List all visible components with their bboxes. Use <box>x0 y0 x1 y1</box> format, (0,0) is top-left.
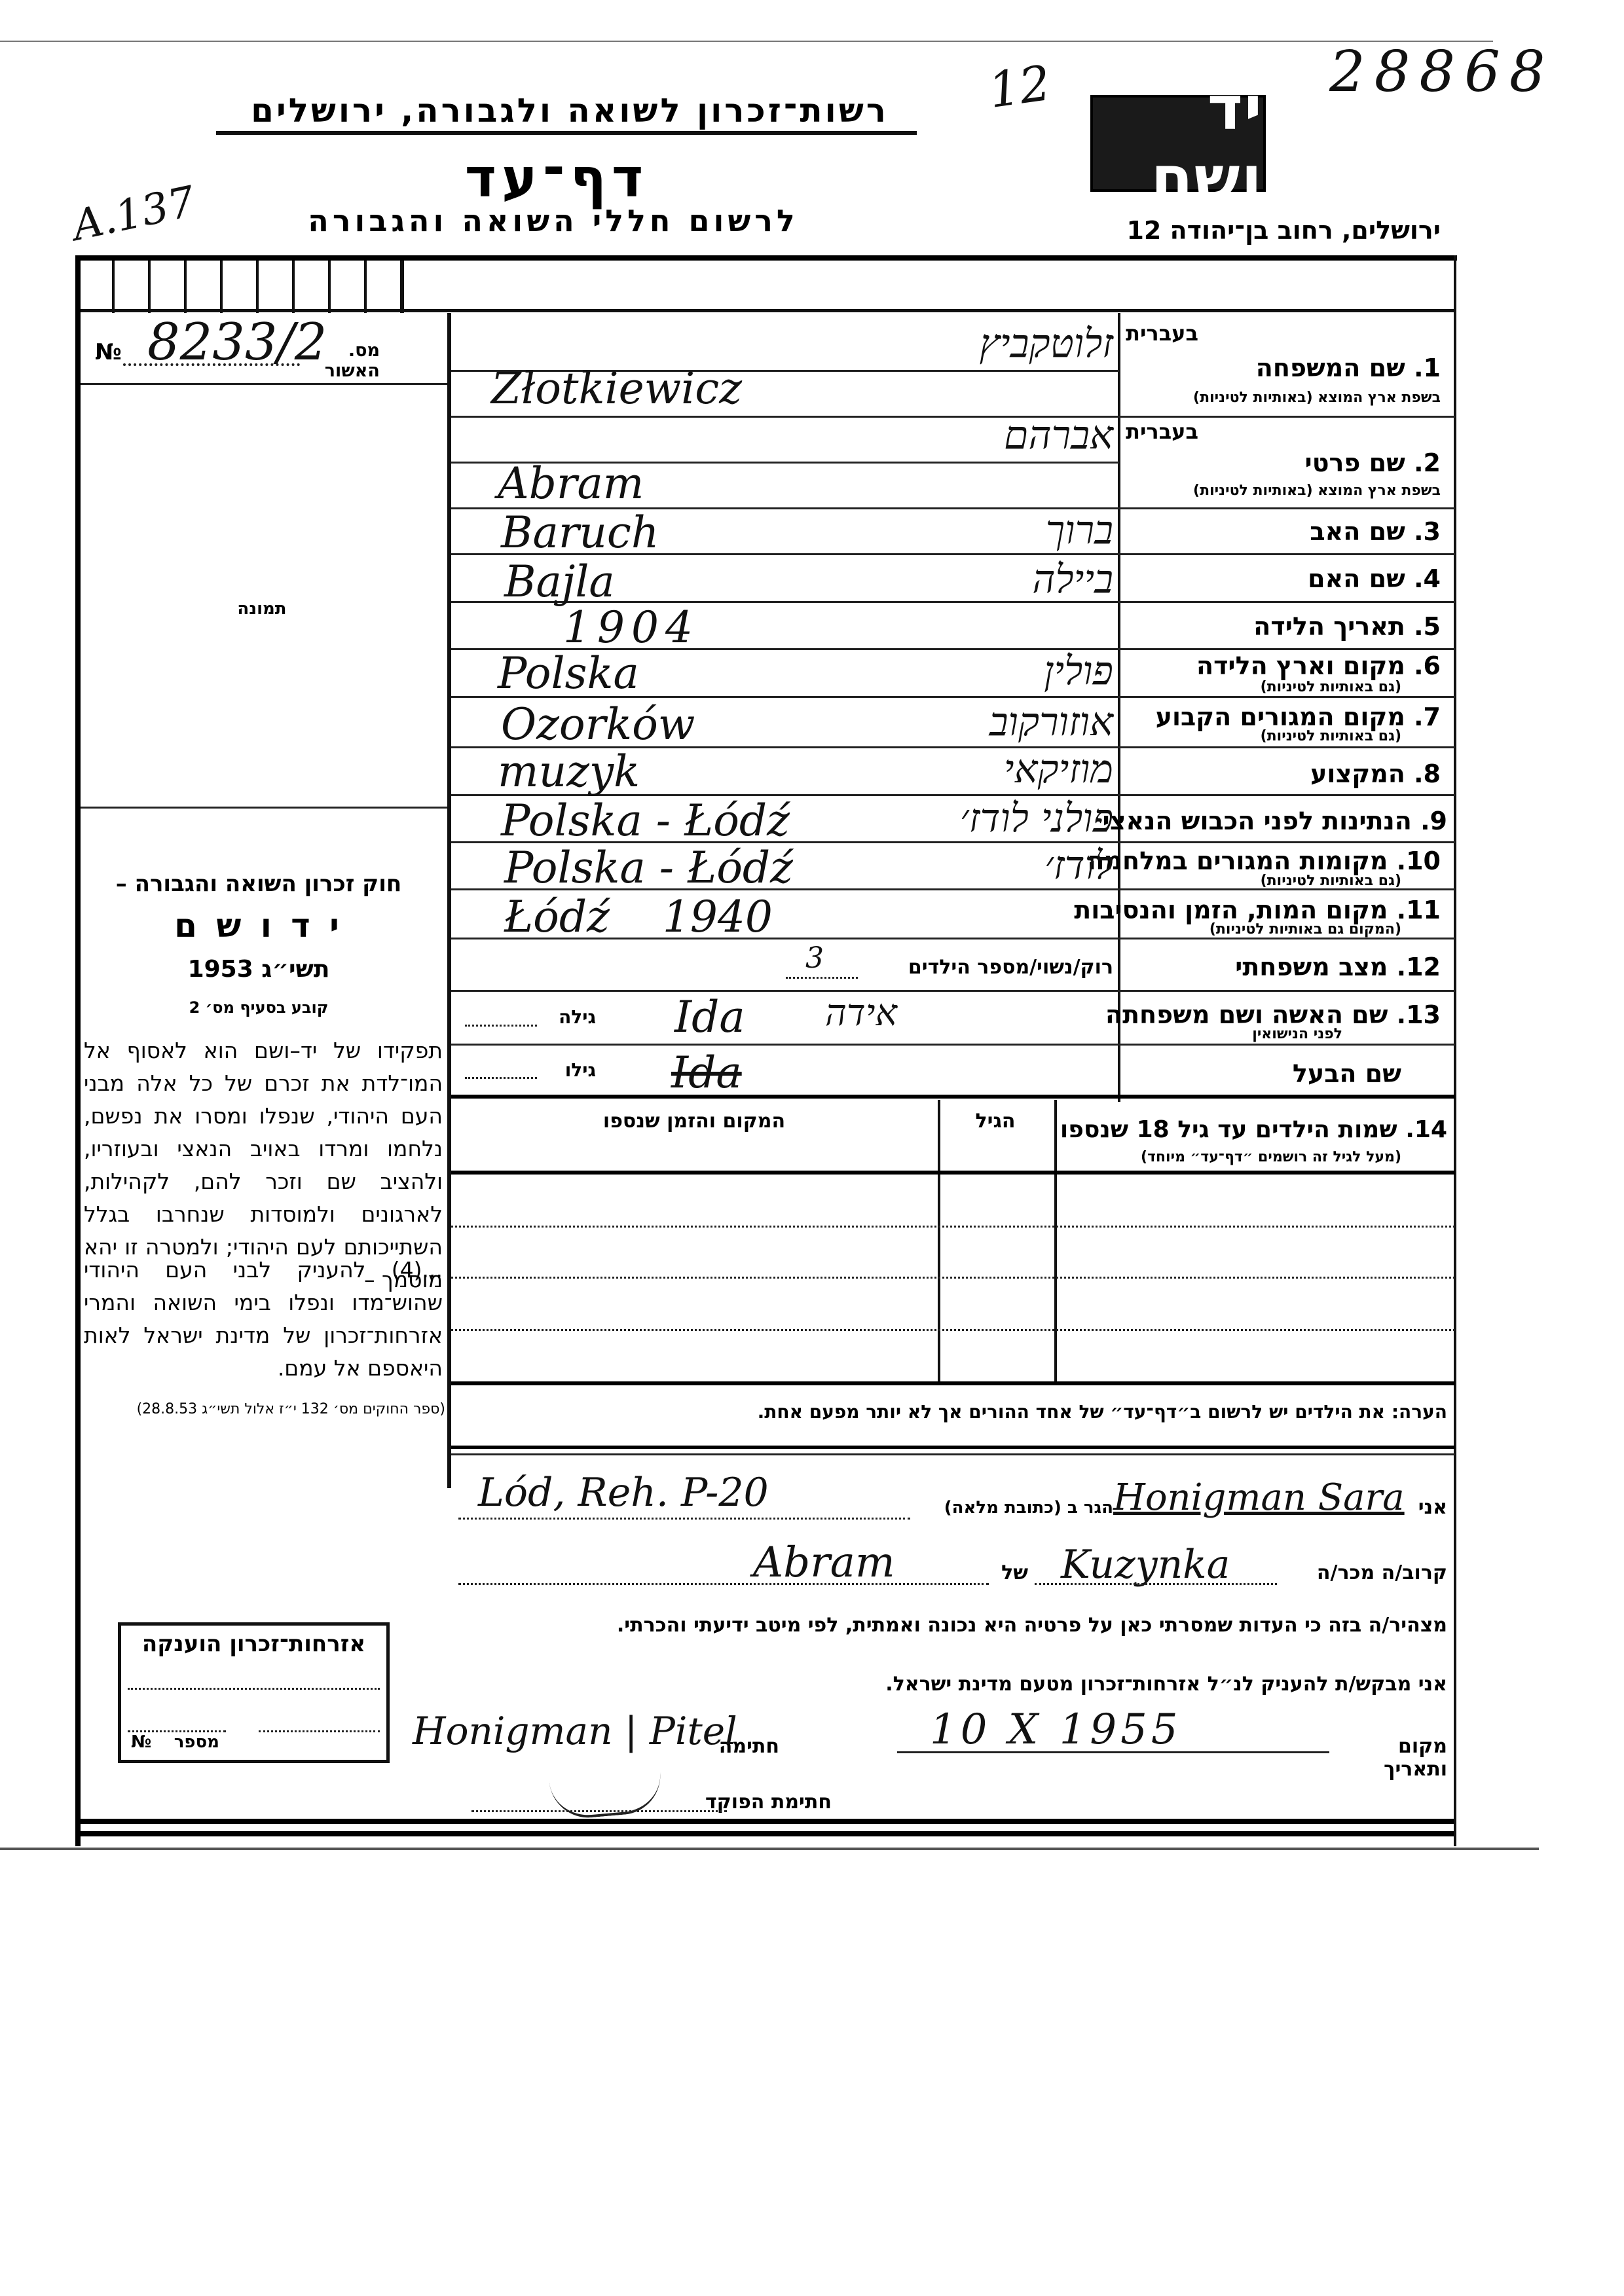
children-row-2[interactable] <box>451 1277 1455 1279</box>
field-11-label: 11. מקום המות, הזמן והנסיבות <box>1126 896 1441 924</box>
field-12-status-options: רוק/נשוי/מספר הילדים <box>864 956 1113 979</box>
form-bottom-rule-2 <box>81 1831 1454 1836</box>
field-7-label: 7. מקום המגורים הקבוע <box>1126 702 1441 731</box>
field-10-sub: (גם באותיות לטיניות) <box>1126 873 1401 889</box>
approval-no-sign: № <box>95 339 122 365</box>
field-5-label: 5. תאריך הלידה <box>1126 612 1441 641</box>
field-13-hebrew-value[interactable]: אידה <box>766 992 897 1034</box>
declaration-top-rule <box>451 1446 1455 1449</box>
field-13-age-input[interactable] <box>465 1025 537 1027</box>
field-6-latin-value[interactable]: Polska <box>498 648 639 699</box>
field-3-latin-value[interactable]: Baruch <box>501 507 659 558</box>
field-2-label: 2. שם פרטי <box>1126 448 1441 477</box>
children-row-3[interactable] <box>451 1329 1455 1331</box>
form-bottom-rule-1 <box>81 1819 1454 1824</box>
of-name-line <box>458 1583 989 1585</box>
field-13-age-label: גילה <box>544 1006 596 1028</box>
field-10-latin-value[interactable]: Polska - Łódź <box>504 843 793 893</box>
declarant-address[interactable]: Lód, Reh. P-20 <box>478 1470 769 1516</box>
field-11-value[interactable]: Łódź 1940 <box>504 892 773 942</box>
field-6-hebrew-value[interactable]: פולין <box>956 648 1113 694</box>
row-rule-spouse <box>451 1095 1455 1099</box>
declaration-prefix: אני <box>1401 1496 1447 1519</box>
row-rule-13 <box>451 1044 1455 1046</box>
approval-bottom <box>81 383 447 385</box>
field-2-latin-value[interactable]: Abram <box>498 458 644 509</box>
archive-number: 28868 <box>1329 39 1555 105</box>
law-citation: (ספר החוקים מס׳ 132 י״ז אלול תשי״ג 28.8.… <box>82 1401 445 1417</box>
field-11-sub: (המקום גם באותיות לטיניות) <box>1126 921 1401 938</box>
field-6-label: 6. מקום וארץ הלידה <box>1126 651 1441 680</box>
inspector-signature-label: חתימת הפוקד <box>733 1791 832 1813</box>
logo-text: יד ושם <box>1093 73 1263 213</box>
law-logo: י ד ו ש ם <box>82 907 435 945</box>
field-3-label: 3. שם האב <box>1126 517 1441 546</box>
field-9-hebrew-value[interactable]: פולני לודז׳ <box>871 795 1113 841</box>
page-subtitle: לרשום חללי השואה והגבורה <box>242 203 864 238</box>
children-count-line <box>786 977 858 979</box>
field-2-hebrew-tag: בעברית <box>1126 419 1198 444</box>
label-column-divider <box>1118 313 1120 1102</box>
field-1-sub: בשפת ארץ המוצא (באותיות לטיניות) <box>1126 390 1441 406</box>
approval-number-field[interactable]: 8233/2 <box>147 313 327 372</box>
field-10-hebrew-value[interactable]: לודז׳ <box>956 843 1113 888</box>
of-name[interactable]: Abram <box>753 1539 895 1587</box>
scan-bottom-edge <box>0 1848 1539 1850</box>
field-8-latin-value[interactable]: muzyk <box>498 746 640 797</box>
frame-right <box>1454 255 1456 1846</box>
relation-line <box>1035 1583 1277 1585</box>
husband-age-input[interactable] <box>465 1077 537 1079</box>
relation-label: קרוב/ה מכר/ה <box>1277 1561 1447 1584</box>
field-4-latin-value[interactable]: Bajla <box>504 556 615 607</box>
field-13-label: 13. שם האשה ושם משפחתה <box>1126 1000 1441 1029</box>
declaration-statement: מצהיר/ה בזה כי העדות שמסרתי כאן על פרטיה… <box>458 1614 1447 1637</box>
husband-label: שם הבעל <box>1126 1059 1401 1088</box>
row-rule-12 <box>451 990 1455 992</box>
field-1-hebrew-value[interactable]: זלוטקביץ <box>871 321 1113 367</box>
declaration-address-label: הגר ב (כתובת מלאה) <box>910 1498 1113 1518</box>
frame-left <box>75 255 81 1846</box>
field-12-children-count[interactable]: 3 <box>805 941 824 975</box>
approval-label: מס. האשור <box>301 340 380 381</box>
grid-bottom <box>81 309 1456 312</box>
husband-value[interactable]: Ida <box>671 1048 742 1098</box>
place-date-line <box>897 1751 1329 1753</box>
field-13-latin-value[interactable]: Ida <box>674 992 745 1042</box>
field-1-hebrew-tag: בעברית <box>1126 321 1198 346</box>
authority-underline <box>216 131 917 135</box>
citizenship-line-1[interactable] <box>128 1688 380 1690</box>
field-6-sub: (גם באותיות לטיניות) <box>1126 679 1401 695</box>
field-13-sub: לפני הנישואין <box>1126 1026 1342 1042</box>
field-5-value[interactable]: 1904 <box>563 602 699 653</box>
children-note: הערה: את הילדים יש לרשום ב״דף־עד״ של אחד… <box>517 1401 1447 1423</box>
field-9-label: 9. הנתינות לפני הכבוש הנאצי <box>1126 807 1447 835</box>
field-10-label: 10. מקומות המגורים במלחמה <box>1126 847 1441 875</box>
children-table-title: 14. שמות הילדים עד גיל 18 שנספו <box>1061 1116 1447 1143</box>
field-7-latin-value[interactable]: Ozorków <box>501 699 695 750</box>
field-9-latin-value[interactable]: Polska - Łódź <box>501 795 790 846</box>
declaration-top-rule-2 <box>451 1453 1455 1455</box>
left-column-divider <box>447 313 451 1488</box>
citizenship-box: אזרחות־זכרון הוענקה № מספר <box>118 1622 390 1763</box>
children-col-age: הגיל <box>943 1110 1048 1133</box>
law-paragraph-2: ...(4) להעניק לבני העם היהודי שהוש־מדו ו… <box>84 1254 443 1385</box>
authority-name: רשות־זכרון לשואה ולגבורה, ירושלים <box>216 92 923 130</box>
children-col-place: המקום והזמן שנספו <box>458 1110 930 1133</box>
photo-label: תמונה <box>196 599 327 619</box>
relation-value[interactable]: Kuzynka <box>1061 1542 1230 1588</box>
inspector-signature-line[interactable] <box>471 1810 727 1812</box>
field-1-latin-value[interactable]: Złotkiewicz <box>491 363 742 414</box>
field-7-sub: (גם באותיות לטיניות) <box>1126 728 1401 744</box>
scan-top-edge <box>0 41 1493 42</box>
citizenship-request: אני מבקש/ת להעניק לנ״ל אזרחות־זכרון מטעם… <box>753 1673 1447 1696</box>
field-3-hebrew-value[interactable]: ברוך <box>956 507 1113 553</box>
field-4-label: 4. שם האם <box>1126 564 1441 593</box>
field-2-sub: בשפת ארץ המוצא (באותיות לטיניות) <box>1126 483 1441 499</box>
children-row-1[interactable] <box>451 1226 1455 1228</box>
citizenship-no-sign: № <box>131 1732 151 1752</box>
place-date-value[interactable]: 10 X 1955 <box>930 1705 1182 1754</box>
declarant-name[interactable]: Honigman Sara <box>1113 1476 1405 1519</box>
page-title: דף־עד <box>426 147 688 210</box>
children-header-rule <box>451 1171 1455 1175</box>
field-8-label: 8. המקצוע <box>1126 759 1441 788</box>
address: ירושלים, רחוב בן־יהודה 12 <box>1074 216 1441 245</box>
margin-note: A.137 <box>68 177 199 251</box>
photo-area[interactable] <box>81 386 447 805</box>
law-title: חוק זכרון השואה והגבורה – <box>82 871 435 897</box>
frame-top <box>75 255 1457 261</box>
field-7-hebrew-value[interactable]: אוזורקוב <box>904 699 1113 745</box>
children-col-divider-2 <box>1054 1100 1057 1381</box>
yad-vashem-logo: יד ושם <box>1090 95 1266 192</box>
signature-value[interactable]: Honigman | Pitel <box>413 1709 737 1753</box>
citizenship-box-title: אזרחות־זכרון הוענקה <box>121 1631 386 1657</box>
children-col-divider-1 <box>938 1100 940 1381</box>
citizenship-number-label: מספר <box>160 1732 219 1752</box>
children-table-sub: (מעל לגיל זה רושמים ״דף־עד״ מיוחד) <box>1061 1149 1401 1165</box>
law-year: תשי״ג 1953 <box>82 956 435 983</box>
law-section: קובע בסעיף מס׳ 2 <box>82 998 435 1017</box>
field-1-label: 1. שם המשפחה <box>1126 354 1441 382</box>
place-date-label: מקום ותאריך <box>1336 1735 1447 1781</box>
husband-age-label: גילו <box>544 1059 596 1081</box>
field-8-hebrew-value[interactable]: מוזיקאי <box>904 746 1113 792</box>
field-2-hebrew-value[interactable]: אברהם <box>904 412 1113 458</box>
children-bottom-rule <box>451 1381 1455 1385</box>
page-note: 12 <box>985 55 1054 119</box>
photo-bottom <box>81 807 447 809</box>
field-4-hebrew-value[interactable]: ביילה <box>956 556 1113 602</box>
of-label: של <box>995 1561 1028 1584</box>
field-12-label: 12. מצב משפחתי <box>1126 953 1441 981</box>
address-line <box>458 1518 910 1520</box>
citizenship-line-2-right[interactable] <box>259 1730 380 1732</box>
